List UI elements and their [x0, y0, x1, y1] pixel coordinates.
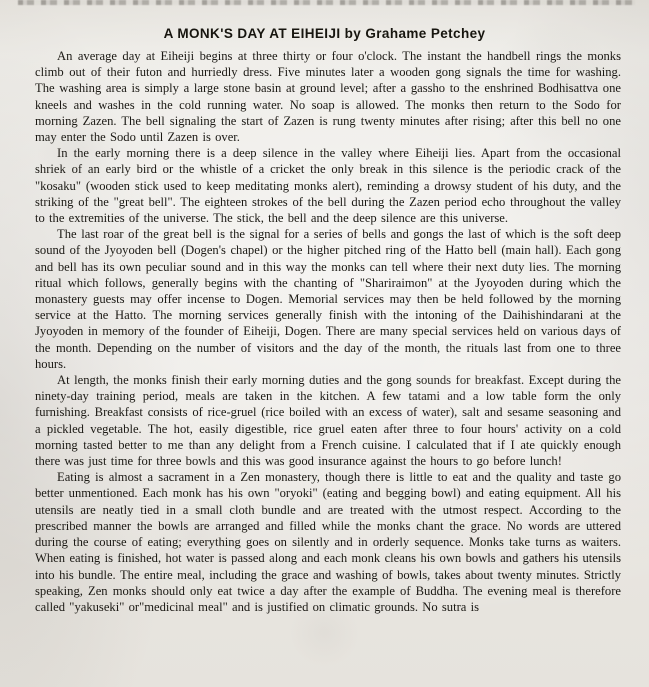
cropped-previous-line-remnant [18, 0, 635, 5]
paragraph-2: In the early morning there is a deep sil… [35, 145, 621, 226]
paragraph-1: An average day at Eiheiji begins at thre… [35, 48, 621, 145]
page-title: A MONK'S DAY AT EIHEIJI by Grahame Petch… [0, 0, 649, 41]
document-page: A MONK'S DAY AT EIHEIJI by Grahame Petch… [0, 0, 649, 687]
article-body: An average day at Eiheiji begins at thre… [35, 48, 621, 615]
paragraph-5: Eating is almost a sacrament in a Zen mo… [35, 469, 621, 615]
paragraph-3: The last roar of the great bell is the s… [35, 226, 621, 372]
paragraph-4: At length, the monks finish their early … [35, 372, 621, 469]
